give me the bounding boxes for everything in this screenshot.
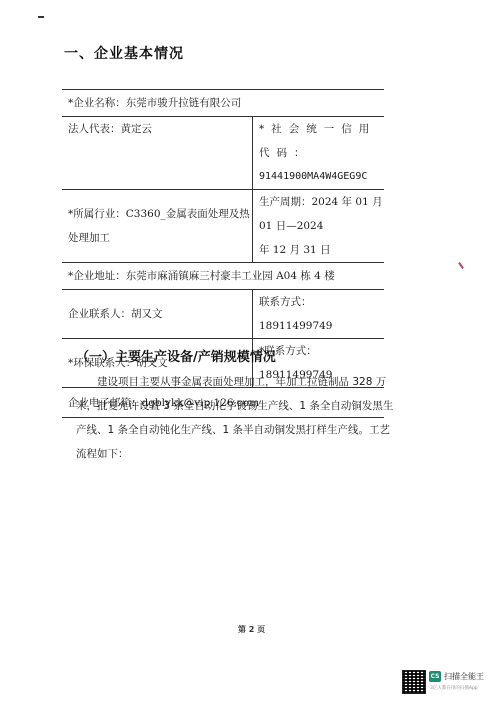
stray-ink-mark: [458, 262, 464, 269]
table-row: *企业名称：东莞市骏升拉链有限公司: [62, 90, 384, 117]
contact-person-cell: 企业联系人：胡又文: [62, 290, 253, 339]
address-cell: *企业地址：东莞市麻涌镇麻三村豪丰工业园 A04 栋 4 楼: [62, 263, 384, 290]
industry-line-2: 处理加工: [68, 226, 252, 250]
period-line-2: 年 12 月 31 日: [259, 238, 384, 262]
company-info-table: *企业名称：东莞市骏升拉链有限公司 法人代表：黄定云 *社会统一信用代码： 91…: [62, 89, 384, 418]
table-row: 法人代表：黄定云 *社会统一信用代码： 91441900MA4W4GEG9C: [62, 117, 384, 190]
company-name-cell: *企业名称：东莞市骏升拉链有限公司: [62, 90, 384, 117]
page-number: 第 2 页: [238, 624, 265, 635]
industry-line-1: *所属行业：C3360_金属表面处理及热: [68, 202, 252, 226]
section-title: 一、企业基本情况: [64, 43, 184, 63]
table-row: *企业地址：东莞市麻涌镇麻三村豪丰工业园 A04 栋 4 楼: [62, 263, 384, 290]
table-row: 企业联系人：胡又文 联系方式：18911499749: [62, 290, 384, 339]
credit-code-value: 91441900MA4W4GEG9C: [259, 165, 384, 189]
table-row: *所属行业：C3360_金属表面处理及热 处理加工 生产周期：2024 年 01…: [62, 190, 384, 263]
industry-cell: *所属行业：C3360_金属表面处理及热 处理加工: [62, 190, 253, 263]
legal-rep-cell: 法人代表：黄定云: [62, 117, 253, 190]
app-tagline: 3亿人都在用的扫描App: [430, 685, 478, 691]
production-period-cell: 生产周期：2024 年 01 月 01 日—2024 年 12 月 31 日: [253, 190, 385, 263]
body-paragraph: 建设项目主要从事金属表面处理加工，年加工拉链制品 328 万米，批复允许设置 3…: [76, 370, 398, 466]
subsection-title: （一）主要生产设备/产销规模情况: [76, 346, 276, 365]
camscanner-logo-icon: CS: [429, 671, 441, 682]
scan-mark: [38, 16, 44, 18]
app-name: 扫描全能王: [444, 671, 484, 682]
contact-phone-cell: 联系方式：18911499749: [253, 290, 385, 339]
credit-code-cell: *社会统一信用代码： 91441900MA4W4GEG9C: [253, 117, 385, 190]
period-line-1: 生产周期：2024 年 01 月 01 日—2024: [259, 190, 384, 238]
scanner-watermark: CS 扫描全能王 3亿人都在用的扫描App: [402, 668, 498, 704]
qr-code-icon: [402, 670, 426, 694]
credit-code-label: *社会统一信用代码：: [259, 117, 384, 165]
